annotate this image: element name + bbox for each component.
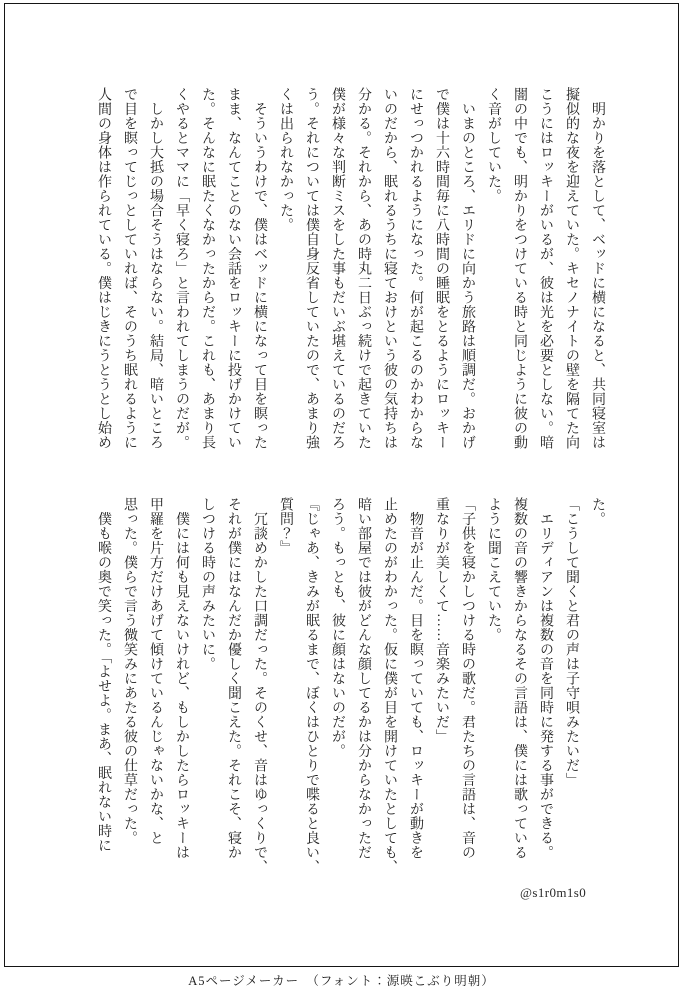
text-line: こうにはロッキーがいるが、彼は光を必要としない。暗 xyxy=(532,87,558,475)
text-line: 複数の音の響きからなるその言語は、僕には歌っている xyxy=(506,497,532,885)
text-line: ように聞こえていた。 xyxy=(480,497,506,885)
text-line: しかし大抵の場合そうはならない。結局、暗いところ xyxy=(142,87,168,475)
text-line: 「こうして聞くと君の声は子守唄みたいだ」 xyxy=(558,497,584,885)
text-line: 『じゃあ、きみが眠るまで、ぼくはひとりで喋ると良い、 xyxy=(298,497,324,885)
footer-caption: A5ページメーカー （フォント：源暎こぶり明朝） xyxy=(0,971,683,989)
text-line: で僕は十六時間毎に八時間の睡眠をとるようにロッキー xyxy=(428,87,454,475)
text-line: そういうわけで、僕はベッドに横になって目を瞑った xyxy=(246,87,272,475)
text-block-lower: た。「こうして聞くと君の声は子守唄みたいだ」 エリディアンは複数の音を同時に発す… xyxy=(90,497,610,885)
text-line: く音がしていた。 xyxy=(480,87,506,475)
text-line: 「子供を寝かしつける時の歌だ。君たちの言語は、音の xyxy=(454,497,480,885)
text-line: 冗談めかした口調だった。そのくせ、音はゆっくりで、 xyxy=(246,497,272,885)
text-line: にせっつかれるようになった。何が起こるのかわからな xyxy=(402,87,428,475)
text-line: いまのところ、エリドに向かう旅路は順調だ。おかげ xyxy=(454,87,480,475)
text-line: た。そんなに眠たくなかったからだ。これも、あまり長 xyxy=(194,87,220,475)
text-line: 明かりを落として、ベッドに横になると、共同寝室は xyxy=(584,87,610,475)
text-line: 重なりが美しくて……音楽みたいだ」 xyxy=(428,497,454,885)
text-line: で目を瞑ってじっとしていれば、そのうち眠れるように xyxy=(116,87,142,475)
text-line: う。それについては僕自身反省していたので、あまり強 xyxy=(298,87,324,475)
text-block-upper: 明かりを落として、ベッドに横になると、共同寝室は擬似的な夜を迎えていた。キセノナ… xyxy=(90,87,610,475)
text-line: いのだから、眠れるうちに寝ておけという彼の気持ちは xyxy=(376,87,402,475)
novel-page: 明かりを落として、ベッドに横になると、共同寝室は擬似的な夜を迎えていた。キセノナ… xyxy=(0,0,683,1000)
text-line: 物音が止んだ。目を瞑っていても、ロッキーが動きを xyxy=(402,497,428,885)
text-line: た。 xyxy=(584,497,610,885)
text-line: 僕には何も見えないけれど、もしかしたらロッキーは xyxy=(168,497,194,885)
text-line: 質問？』 xyxy=(272,497,298,885)
text-line: 分かる。それから、あの時丸二日ぶっ続けで起きていた xyxy=(350,87,376,475)
text-line: くやるとママに「早く寝ろ」と言われてしまうのだが。 xyxy=(168,87,194,475)
text-line: 甲羅を片方だけあげて傾けているんじゃないかな、と xyxy=(142,497,168,885)
text-line: 暗い部屋では彼がどんな顔してるかは分からなかっただ xyxy=(350,497,376,885)
author-handle: @s1r0m1s0 xyxy=(520,885,586,901)
text-line: まま、なんてことのない会話をロッキーに投げかけてい xyxy=(220,87,246,475)
text-line: しつける時の声みたいに。 xyxy=(194,497,220,885)
text-line: 止めたのがわかった。仮に僕が目を開けていたとしても、 xyxy=(376,497,402,885)
text-line: それが僕にはなんだか優しく聞こえた。それこそ、寝か xyxy=(220,497,246,885)
text-line: 僕が様々な判断ミスをした事もだいぶ堪えているのだろ xyxy=(324,87,350,475)
text-line: くは出られなかった。 xyxy=(272,87,298,475)
text-line: 闇の中でも、明かりをつけている時と同じように彼の動 xyxy=(506,87,532,475)
text-line: ろう。もっとも、彼に顔はないのだが。 xyxy=(324,497,350,885)
text-line: 人間の身体は作られている。僕はじきにうとうとし始め xyxy=(90,87,116,475)
text-line: エリディアンは複数の音を同時に発する事ができる。 xyxy=(532,497,558,885)
text-line: 僕も喉の奥で笑った。「よせよ。まあ、眠れない時に xyxy=(90,497,116,885)
text-line: 擬似的な夜を迎えていた。キセノナイトの壁を隔てた向 xyxy=(558,87,584,475)
text-line: 思った。僕らで言う微笑みにあたる彼の仕草だった。 xyxy=(116,497,142,885)
